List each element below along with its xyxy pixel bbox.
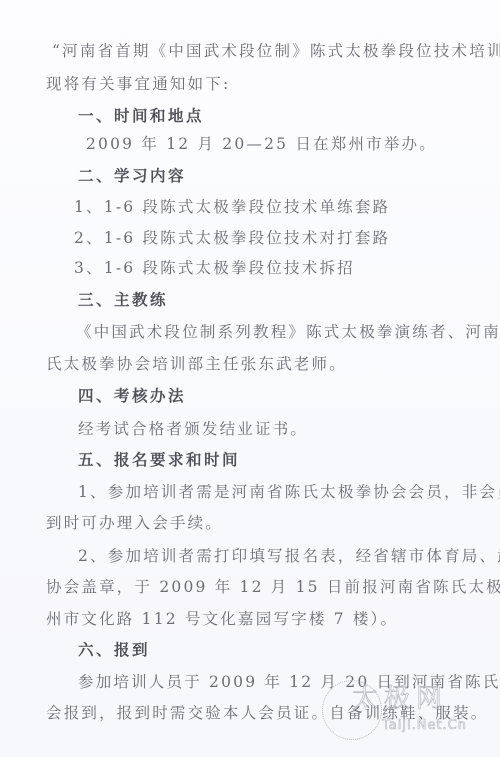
content-item-3: 3、1-6 段陈式太极拳段位技术拆招 — [74, 258, 355, 278]
registration-item-2b: 协会盖章，于 2009 年 12 月 15 日前报河南省陈氏太极拳协会(郑 — [46, 577, 500, 597]
coach-text-1: 《中国武术段位制系列教程》陈式太极拳演练者、河南省陈 — [76, 322, 500, 342]
watermark-cn-text: 太极网 — [352, 678, 448, 715]
intro-line-2: 现将有关事宜通知如下: — [46, 74, 230, 94]
section-heading-registration: 五、报名要求和时间 — [78, 450, 240, 470]
registration-item-1a: 1、参加培训者需是河南省陈氏太极拳协会会员，非会员报 — [78, 482, 500, 502]
watermark-en-text: Taiji.Net.Cn — [382, 718, 467, 733]
section-heading-coach: 三、主教练 — [78, 290, 168, 310]
site-watermark: 太极网 Taiji.Net.Cn — [322, 678, 482, 740]
registration-item-2a: 2、参加培训者需打印填写报名表，经省辖市体育局、武术 — [78, 546, 500, 566]
section-heading-check-in: 六、报到 — [78, 640, 150, 660]
registration-item-1b: 到时可办理入会手续。 — [46, 513, 223, 533]
intro-line-1: “河南省首期《中国武术段位制》陈式太极拳段位技术培训班”。 — [52, 41, 500, 61]
section-heading-assessment: 四、考核办法 — [78, 386, 186, 406]
assessment-text: 经考试合格者颁发结业证书。 — [78, 419, 308, 439]
registration-item-2c: 州市文化路 112 号文化嘉园写字楼 7 楼）。 — [46, 609, 398, 629]
section-heading-time-place: 一、时间和地点 — [78, 106, 204, 126]
content-item-1: 1、1-6 段陈式太极拳段位技术单练套路 — [74, 197, 390, 217]
section-heading-content: 二、学习内容 — [78, 166, 186, 186]
coach-text-2: 氏太极拳协会培训部主任张东武老师。 — [46, 354, 347, 374]
time-place-text: 2009 年 12 月 20—25 日在郑州市举办。 — [86, 134, 437, 154]
document-page: “河南省首期《中国武术段位制》陈式太极拳段位技术培训班”。 现将有关事宜通知如下… — [0, 0, 500, 757]
content-item-2: 2、1-6 段陈式太极拳段位技术对打套路 — [74, 228, 390, 248]
